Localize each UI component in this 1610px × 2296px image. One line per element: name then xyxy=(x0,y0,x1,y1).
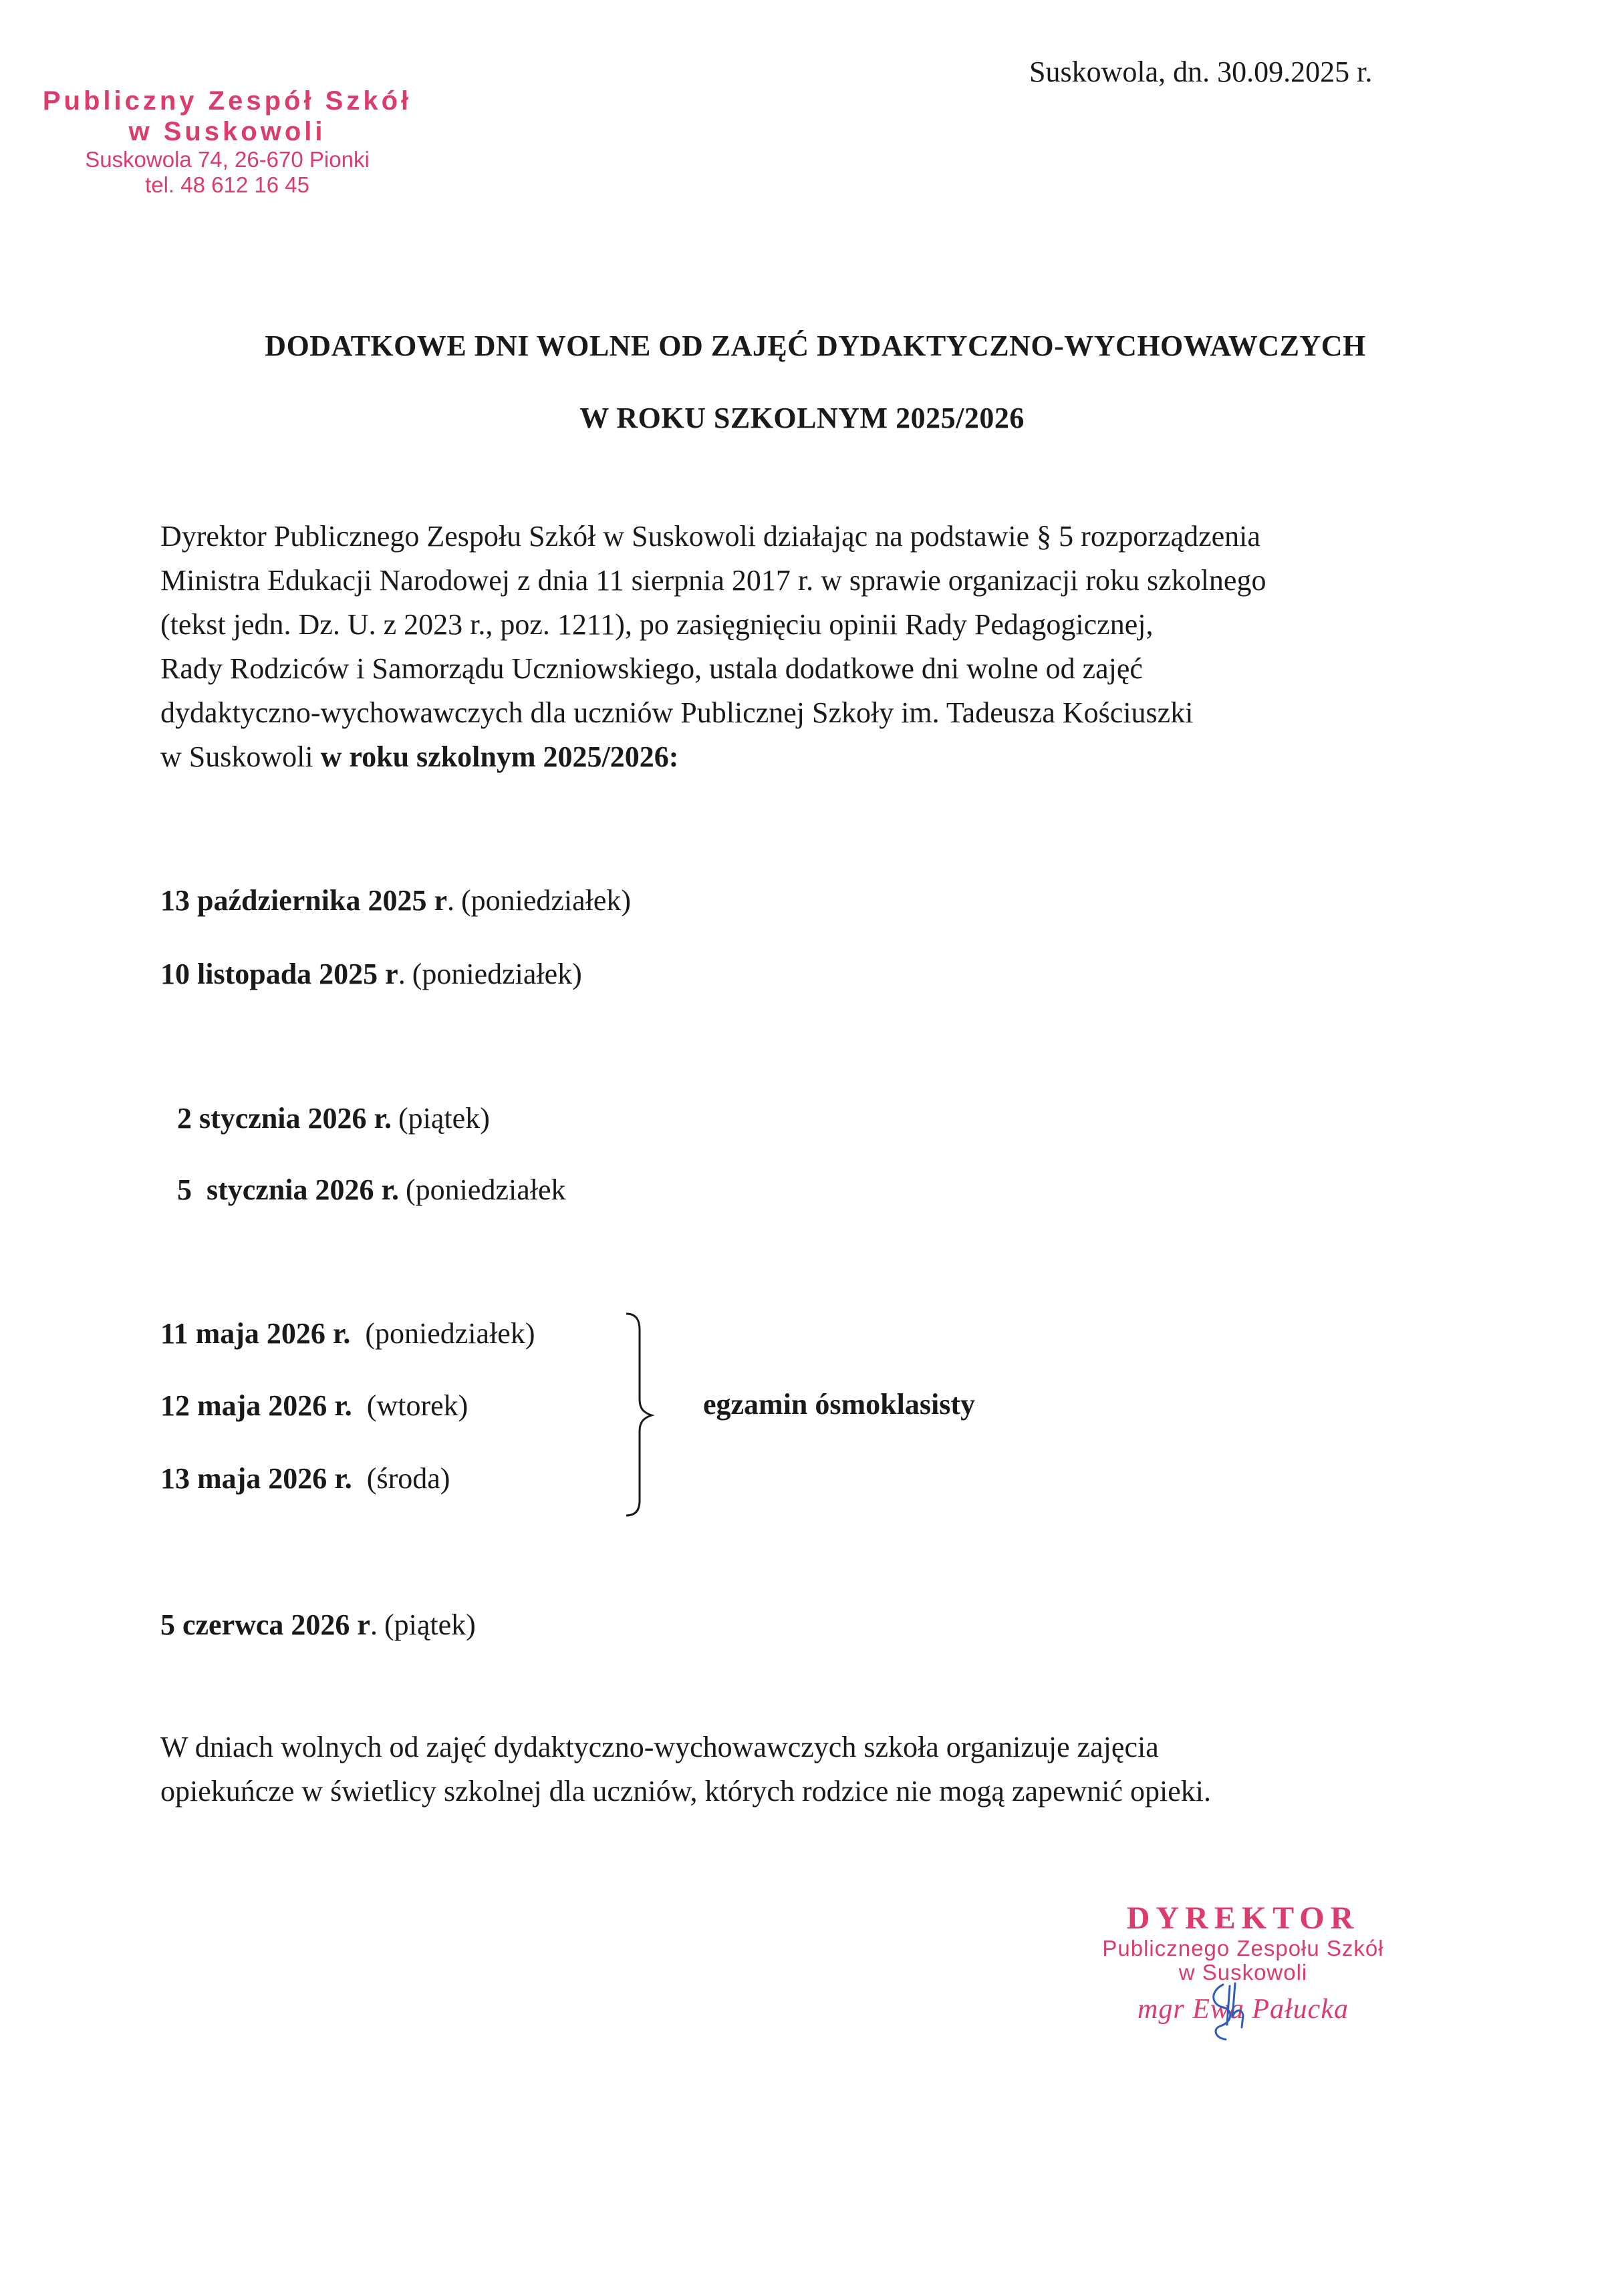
day-off-weekday: (poniedziałek) xyxy=(365,1317,535,1350)
document-title: DODATKOWE DNI WOLNE OD ZAJĘĆ DYDAKTYCZNO… xyxy=(47,329,1584,363)
stamp-school-location: w Suskowoli xyxy=(27,116,428,147)
day-off-date: 10 listopada 2025 r xyxy=(160,958,398,990)
day-off-item: 13 października 2025 r.(poniedziałek) xyxy=(160,883,631,917)
day-off-weekday: (środa) xyxy=(367,1462,450,1495)
closing-line: opiekuńcze w świetlicy szkolnej dla uczn… xyxy=(160,1769,1464,1814)
day-off-dot: . xyxy=(447,884,454,917)
day-off-item: 13 maja 2026 r.(środa) xyxy=(160,1461,450,1495)
day-off-date: 2 stycznia 2026 r. xyxy=(177,1102,392,1135)
right-brace-icon xyxy=(625,1311,665,1518)
day-off-item: 11 maja 2026 r.(poniedziałek) xyxy=(160,1316,535,1350)
day-off-dot: . xyxy=(398,958,406,990)
intro-line: dydaktyczno-wychowawczych dla uczniów Pu… xyxy=(160,691,1430,735)
director-title: DYREKTOR xyxy=(1056,1901,1430,1936)
stamp-address: Suskowola 74, 26-670 Pionki xyxy=(27,147,428,172)
stamp-phone: tel. 48 612 16 45 xyxy=(27,172,428,198)
intro-paragraph: Dyrektor Publicznego Zespołu Szkół w Sus… xyxy=(160,515,1430,779)
intro-last-bold: w roku szkolnym 2025/2026: xyxy=(321,740,679,773)
closing-line: W dniach wolnych od zajęć dydaktyczno-wy… xyxy=(160,1725,1464,1769)
exam-label: egzamin ósmoklasisty xyxy=(703,1387,975,1421)
day-off-dot: . xyxy=(370,1608,378,1641)
day-off-item: 2 stycznia 2026 r.(piątek) xyxy=(177,1101,490,1135)
day-off-date: 13 maja 2026 r. xyxy=(160,1462,352,1495)
intro-last-plain: w Suskowoli xyxy=(160,740,321,773)
director-organization: Publicznego Zespołu Szkół xyxy=(1056,1936,1430,1961)
document-subtitle: W ROKU SZKOLNYM 2025/2026 xyxy=(33,401,1571,435)
day-off-date: 12 maja 2026 r. xyxy=(160,1389,352,1422)
day-off-item: 5 czerwca 2026 r.(piątek) xyxy=(160,1608,476,1642)
intro-line: (tekst jedn. Dz. U. z 2023 r., poz. 1211… xyxy=(160,603,1430,647)
day-off-item: 10 listopada 2025 r.(poniedziałek) xyxy=(160,957,582,991)
day-off-weekday: (poniedziałek) xyxy=(461,884,631,917)
stamp-school-name: Publiczny Zespół Szkół xyxy=(27,86,428,116)
day-off-date: 11 maja 2026 r. xyxy=(160,1317,350,1350)
closing-paragraph: W dniach wolnych od zajęć dydaktyczno-wy… xyxy=(160,1725,1464,1814)
school-stamp: Publiczny Zespół Szkół w Suskowoli Susko… xyxy=(27,86,428,198)
day-off-weekday: (piątek) xyxy=(384,1608,476,1641)
day-off-weekday: (piątek) xyxy=(398,1102,490,1135)
intro-line: Rady Rodziców i Samorządu Uczniowskiego,… xyxy=(160,647,1430,691)
signature-icon xyxy=(1203,1978,1256,2045)
day-off-date: 5 czerwca 2026 r xyxy=(160,1608,370,1641)
intro-line: w Suskowoli w roku szkolnym 2025/2026: xyxy=(160,735,1430,779)
intro-line: Ministra Edukacji Narodowej z dnia 11 si… xyxy=(160,559,1430,603)
day-off-weekday: (wtorek) xyxy=(367,1389,468,1422)
day-off-item: 12 maja 2026 r.(wtorek) xyxy=(160,1389,468,1423)
intro-line: Dyrektor Publicznego Zespołu Szkół w Sus… xyxy=(160,515,1430,559)
day-off-item: 5 stycznia 2026 r.(poniedziałek xyxy=(177,1173,565,1207)
day-off-date: 13 października 2025 r xyxy=(160,884,447,917)
document-page: Publiczny Zespół Szkół w Suskowoli Susko… xyxy=(0,0,1610,2296)
day-off-weekday: (poniedziałek) xyxy=(412,958,582,990)
place-date: Suskowola, dn. 30.09.2025 r. xyxy=(1029,55,1372,89)
day-off-weekday: (poniedziałek xyxy=(406,1173,565,1206)
day-off-date: 5 stycznia 2026 r. xyxy=(177,1173,399,1206)
